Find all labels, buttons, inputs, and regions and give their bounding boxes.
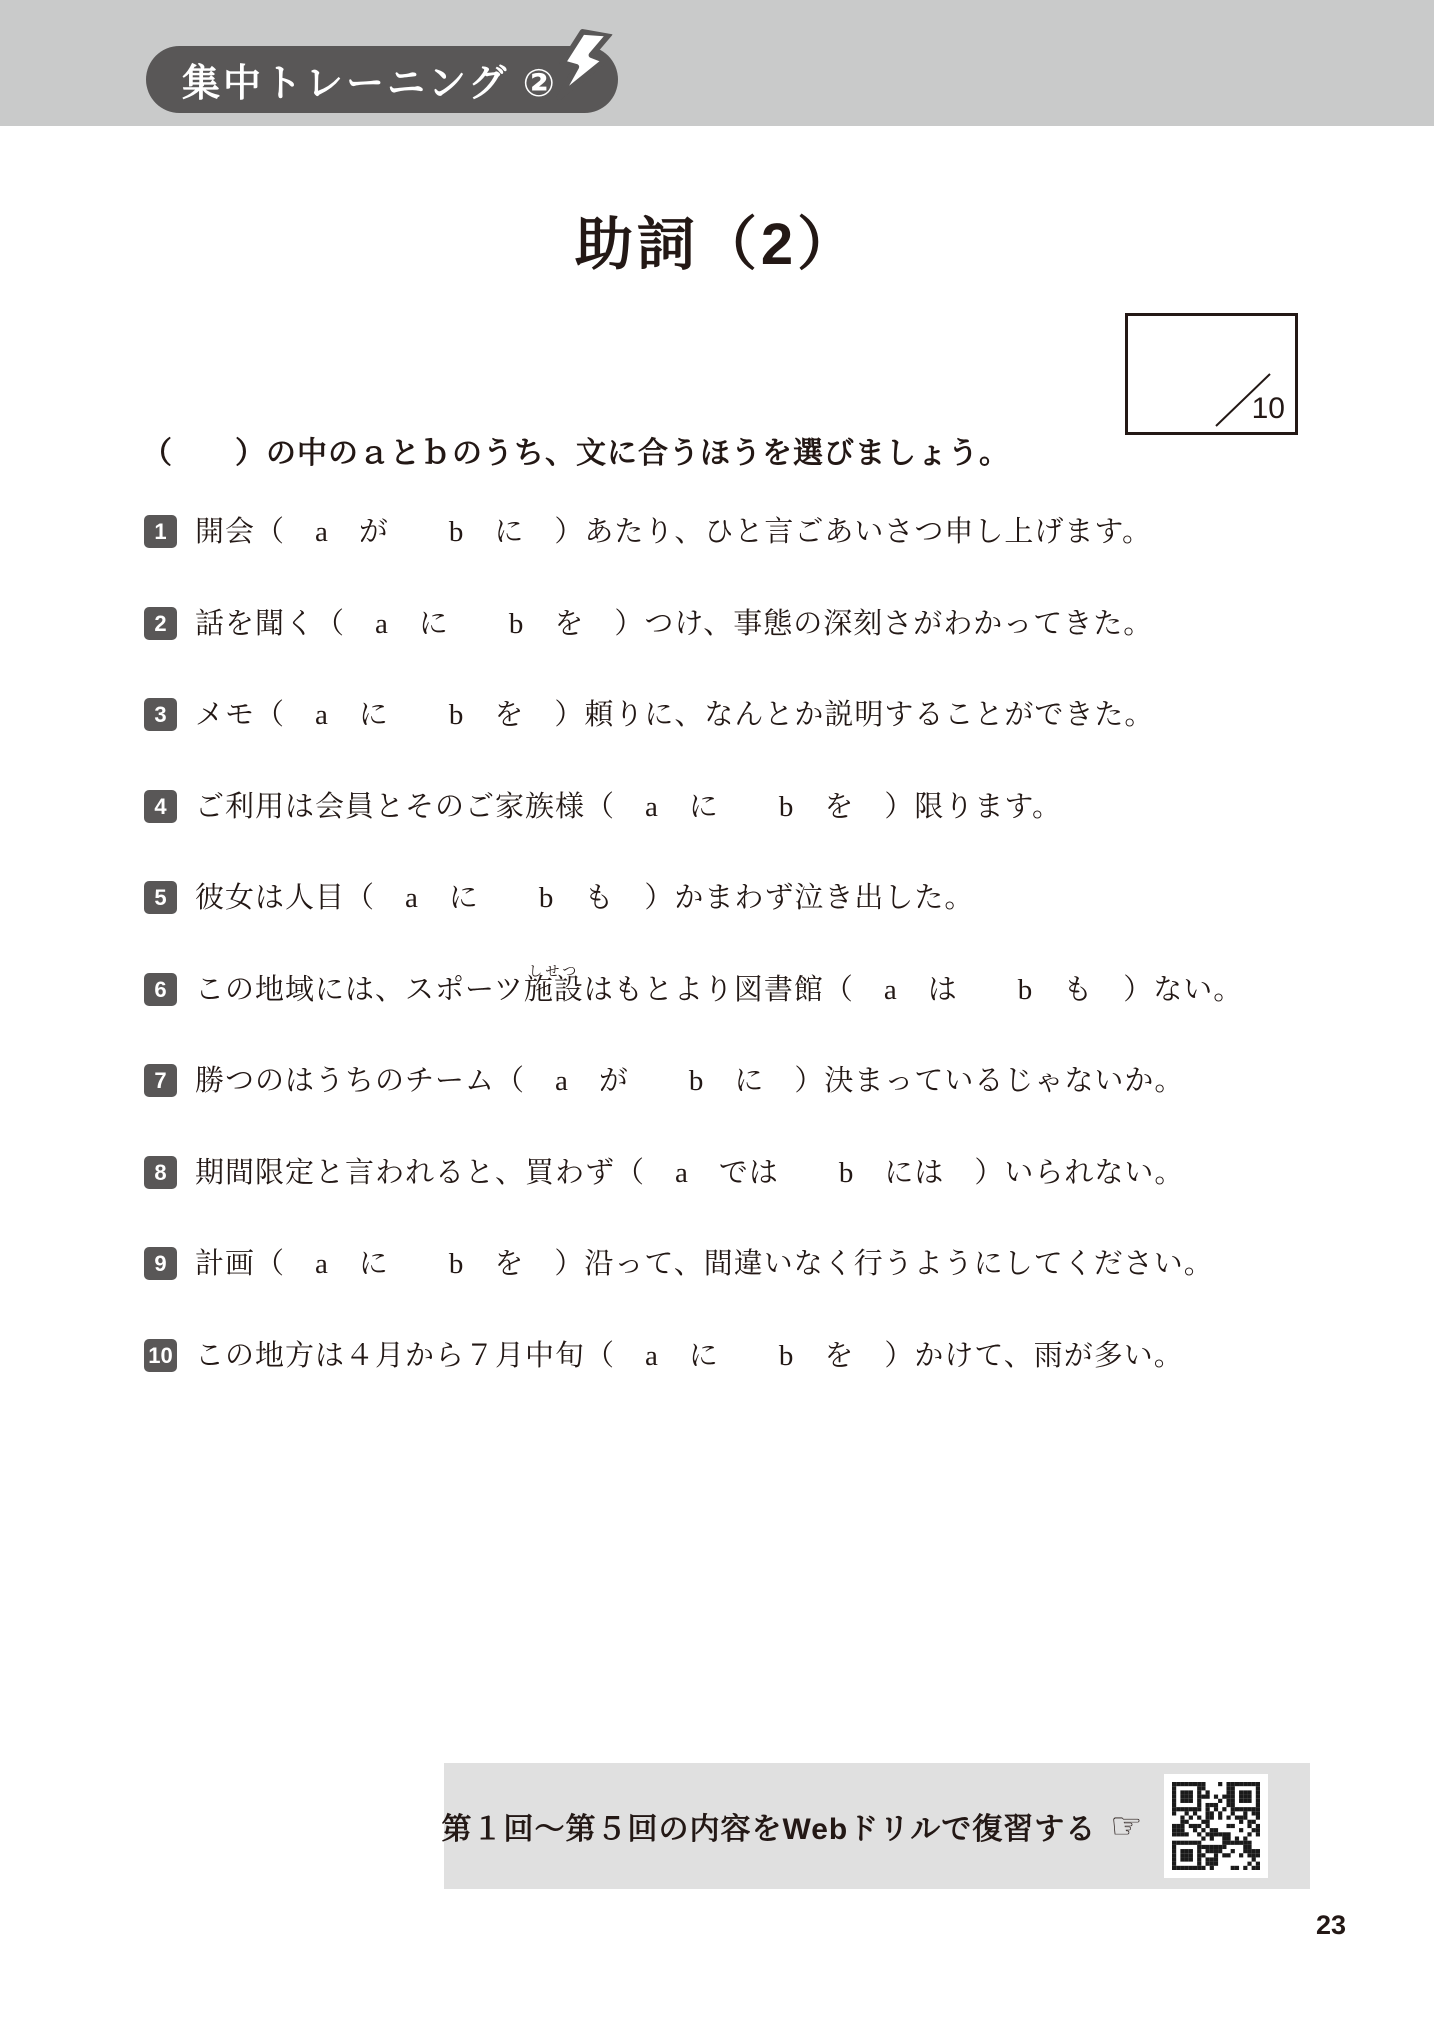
question-row: 9計画（ a に b を ）沿って、間違いなく行うようにしてください。: [144, 1244, 1384, 1336]
question-text: 彼女は人目（ a に b も ）かまわず泣き出した。: [195, 878, 974, 918]
review-banner: 第１回～第５回の内容をWebドリルで復習する ☞: [444, 1763, 1310, 1889]
question-number-badge: 8: [144, 1156, 177, 1189]
question-number-badge: 6: [144, 973, 177, 1006]
question-text: 話を聞く（ a に b を ）つけ、事態の深刻さがわかってきた。: [195, 604, 1153, 644]
question-text: 勝つのはうちのチーム（ a が b に ）決まっているじゃないか。: [195, 1061, 1184, 1101]
score-total: 10: [1252, 392, 1285, 426]
review-text: 第１回～第５回の内容をWebドリルで復習する: [441, 1804, 1096, 1848]
question-row: 2話を聞く（ a に b を ）つけ、事態の深刻さがわかってきた。: [144, 604, 1384, 696]
question-text: 期間限定と言われると、買わず（ a では b には ）いられない。: [195, 1153, 1184, 1193]
question-list: 1開会（ a が b に ）あたり、ひと言ごあいさつ申し上げます。2話を聞く（ …: [144, 512, 1384, 1427]
lesson-badge: 集中トレーニング ②: [146, 46, 618, 113]
furigana: しせつ: [528, 953, 579, 993]
question-row: 6この地域には、スポーツ施設しせつはもとより図書館（ a は b も ）ない。: [144, 970, 1384, 1062]
question-row: 8期間限定と言われると、買わず（ a では b には ）いられない。: [144, 1153, 1384, 1245]
pointing-hand-icon: ☞: [1110, 1805, 1142, 1847]
question-text: メモ（ a に b を ）頼りに、なんとか説明することができた。: [195, 695, 1154, 735]
qr-code-pattern: [1172, 1782, 1260, 1870]
instruction-text: （ ）の中のａとｂのうち、文に合うほうを選びましょう。: [142, 428, 1342, 472]
question-row: 4ご利用は会員とそのご家族様（ a に b を ）限ります。: [144, 787, 1384, 879]
question-number-badge: 4: [144, 790, 177, 823]
question-number-badge: 1: [144, 515, 177, 548]
question-text: 計画（ a に b を ）沿って、間違いなく行うようにしてください。: [195, 1244, 1214, 1284]
header-band: 集中トレーニング ②: [0, 0, 1434, 126]
question-text: この地方は４月から７月中旬（ a に b を ）かけて、雨が多い。: [195, 1336, 1184, 1376]
question-row: 7勝つのはうちのチーム（ a が b に ）決まっているじゃないか。: [144, 1061, 1384, 1153]
page-title: 助詞（2）: [0, 197, 1434, 281]
question-number-badge: 10: [144, 1339, 177, 1372]
ruby-base: 施設しせつ: [524, 970, 584, 1010]
question-row: 10この地方は４月から７月中旬（ a に b を ）かけて、雨が多い。: [144, 1336, 1384, 1428]
question-row: 3メモ（ a に b を ）頼りに、なんとか説明することができた。: [144, 695, 1384, 787]
question-number-badge: 5: [144, 881, 177, 914]
question-number-badge: 3: [144, 698, 177, 731]
question-text: ご利用は会員とそのご家族様（ a に b を ）限ります。: [195, 787, 1062, 827]
question-text: この地域には、スポーツ施設しせつはもとより図書館（ a は b も ）ない。: [195, 970, 1243, 1010]
question-row: 1開会（ a が b に ）あたり、ひと言ごあいさつ申し上げます。: [144, 512, 1384, 604]
question-number-badge: 7: [144, 1064, 177, 1097]
question-number-badge: 9: [144, 1247, 177, 1280]
lesson-badge-label: 集中トレーニング ②: [182, 52, 558, 107]
workbook-page: 集中トレーニング ② 助詞（2） 10 （ ）の中のａとｂのうち、文に合うほうを…: [0, 0, 1434, 2024]
question-row: 5彼女は人目（ a に b も ）かまわず泣き出した。: [144, 878, 1384, 970]
page-number: 23: [1316, 1910, 1346, 1941]
score-box: 10: [1125, 313, 1298, 435]
question-text: 開会（ a が b に ）あたり、ひと言ごあいさつ申し上げます。: [195, 512, 1152, 552]
qr-code: [1164, 1774, 1268, 1878]
question-number-badge: 2: [144, 607, 177, 640]
